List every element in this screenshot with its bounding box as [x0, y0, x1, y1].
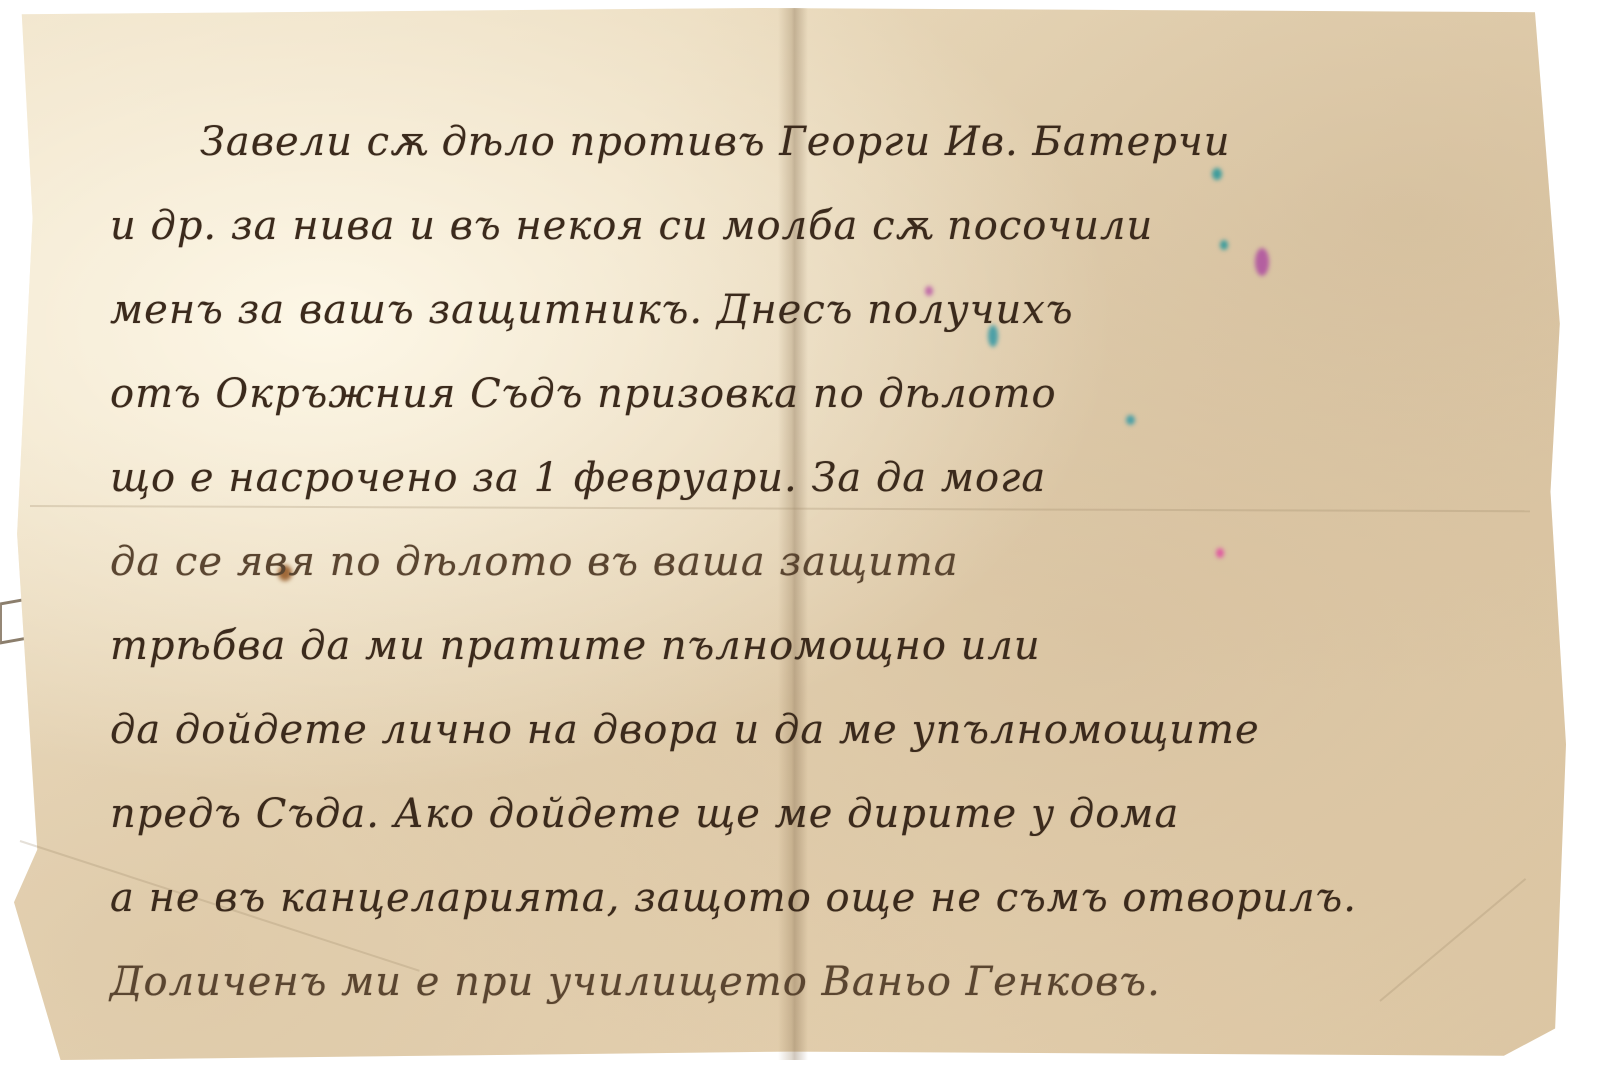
letter-line: що е насрочено за 1 февруари. За да мога [110, 436, 1550, 520]
letter-line: а не въ канцеларията, защото още не съмъ… [110, 856, 1550, 940]
letter-line: да се явя по дѣлото въ ваша защита [110, 520, 1550, 604]
letter-line: трѣбва да ми пратите пълномощно или [110, 604, 1550, 688]
letter-line: и др. за нива и въ некоя си молба сѫ пос… [110, 184, 1550, 268]
letter-line: Доличенъ ми е при училището Ваньо Генков… [110, 940, 1550, 1024]
letter-line: Завели сѫ дѣло противъ Георги Ив. Батерч… [110, 100, 1550, 184]
letter-line: да дойдете лично на двора и да ме упълно… [110, 688, 1550, 772]
letter-line: предъ Съда. Ако дойдете ще ме дирите у д… [110, 772, 1550, 856]
scan-background: Завели сѫ дѣло противъ Георги Ив. Батерч… [0, 0, 1604, 1070]
letter-body: Завели сѫ дѣло противъ Георги Ив. Батерч… [110, 100, 1550, 1024]
letter-line: менъ за вашъ защитникъ. Днесъ получихъ [110, 268, 1550, 352]
letter-line: отъ Окръжния Съдъ призовка по дѣлото [110, 352, 1550, 436]
